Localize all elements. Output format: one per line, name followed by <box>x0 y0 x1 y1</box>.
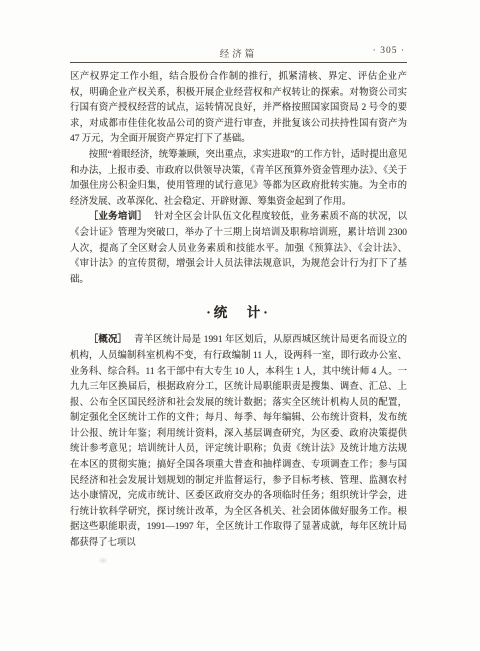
paragraph-policy: 按照“着眼经济，统筹兼顾，突出重点，求实进取”的工作方针，适时提出意见和办法，上… <box>70 148 407 210</box>
scan-artifact <box>98 557 108 564</box>
header-rule <box>70 62 407 63</box>
scanned-page: 经济篇 · 305 · 区产权界定工作小组，结合股份合作制的推行，抓紧清核、界定… <box>0 0 480 651</box>
body-text: 区产权界定工作小组，结合股份合作制的推行，抓紧清核、界定、评估企业产权，明确企业… <box>70 70 407 552</box>
paragraph-property-rights: 区产权界定工作小组，结合股份合作制的推行，抓紧清核、界定、评估企业产权，明确企业… <box>70 70 407 148</box>
page-header: 经济篇 · 305 · <box>70 46 407 59</box>
paragraph-text: 青羊区统计局是 1991 年区划后，从原西城区统计局更名而设立的机构，人员编制科… <box>70 335 407 548</box>
text-block: 经济篇 · 305 · 区产权界定工作小组，结合股份合作制的推行，抓紧清核、界定… <box>70 46 407 552</box>
paragraph-text: 区产权界定工作小组，结合股份合作制的推行，抓紧清核、界定、评估企业产权，明确企业… <box>70 72 407 144</box>
paragraph-text: 按照“着眼经济，统筹兼顾，突出重点，求实进取”的工作方针，适时提出意见和办法，上… <box>70 150 407 207</box>
section-heading-statistics: ·统 计· <box>70 301 407 321</box>
paragraph-business-training: ［业务培训］针对全区会计队伍文化程度较低，业务素质不高的状况，以《会计证》管理为… <box>70 210 407 288</box>
chapter-title: 经济篇 <box>70 46 407 60</box>
paragraph-overview: ［概况］青羊区统计局是 1991 年区划后，从原西城区统计局更名而设立的机构，人… <box>70 333 407 551</box>
page-number: · 305 · <box>373 46 405 56</box>
entry-label-business-training: ［业务培训］ <box>89 212 147 222</box>
paragraph-text: 针对全区会计队伍文化程度较低，业务素质不高的状况，以《会计证》管理为突破口，举办… <box>70 212 407 284</box>
entry-label-overview: ［概况］ <box>89 335 127 345</box>
